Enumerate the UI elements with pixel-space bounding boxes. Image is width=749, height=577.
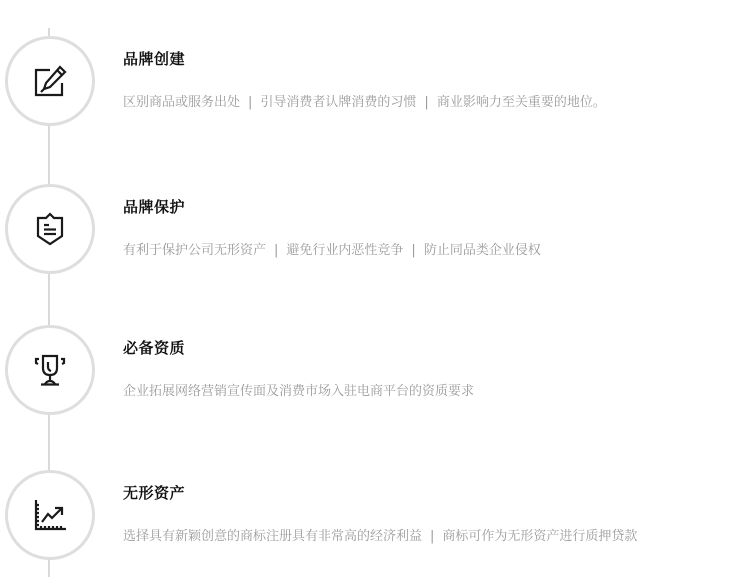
separator: | <box>424 95 428 110</box>
description-part: 选择具有新颖创意的商标注册具有非常高的经济利益 <box>123 529 422 544</box>
description-part: 有利于保护公司无形资产 <box>123 243 266 258</box>
separator: | <box>430 529 434 544</box>
icon-circle <box>5 470 95 560</box>
feature-item-intangible-assets: 无形资产 选择具有新颖创意的商标注册具有非常高的经济利益|商标可作为无形资产进行… <box>0 470 749 570</box>
item-title: 无形资产 <box>123 482 185 503</box>
item-description: 企业拓展网络营销宣传面及消费市场入驻电商平台的资质要求 <box>123 380 474 399</box>
feature-item-brand-protection: 品牌保护 有利于保护公司无形资产|避免行业内恶性竞争|防止同品类企业侵权 <box>0 184 749 284</box>
icon-circle <box>5 184 95 274</box>
growth-chart-icon <box>30 495 70 535</box>
feature-item-brand-creation: 品牌创建 区别商品或服务出处|引导消费者认牌消费的习惯|商业影响力至关重要的地位… <box>0 36 749 136</box>
separator: | <box>411 243 415 258</box>
description-part: 避免行业内恶性竞争 <box>286 243 403 258</box>
description-part: 引导消费者认牌消费的习惯 <box>260 95 416 110</box>
shield-document-icon <box>30 209 70 249</box>
description-part: 防止同品类企业侵权 <box>424 243 541 258</box>
edit-icon <box>30 61 70 101</box>
item-description: 区别商品或服务出处|引导消费者认牌消费的习惯|商业影响力至关重要的地位。 <box>123 91 606 110</box>
icon-circle <box>5 36 95 126</box>
item-title: 品牌保护 <box>123 196 185 217</box>
icon-circle <box>5 325 95 415</box>
item-description: 选择具有新颖创意的商标注册具有非常高的经济利益|商标可作为无形资产进行质押贷款 <box>123 525 637 544</box>
item-title: 品牌创建 <box>123 48 185 69</box>
description-part: 商标可作为无形资产进行质押贷款 <box>442 529 637 544</box>
description-part: 区别商品或服务出处 <box>123 95 240 110</box>
feature-item-required-qualification: 必备资质 企业拓展网络营销宣传面及消费市场入驻电商平台的资质要求 <box>0 325 749 425</box>
item-description: 有利于保护公司无形资产|避免行业内恶性竞争|防止同品类企业侵权 <box>123 239 541 258</box>
description-part: 商业影响力至关重要的地位。 <box>437 95 606 110</box>
description-part: 企业拓展网络营销宣传面及消费市场入驻电商平台的资质要求 <box>123 384 474 399</box>
separator: | <box>274 243 278 258</box>
trophy-icon <box>30 350 70 390</box>
item-title: 必备资质 <box>123 337 185 358</box>
separator: | <box>248 95 252 110</box>
